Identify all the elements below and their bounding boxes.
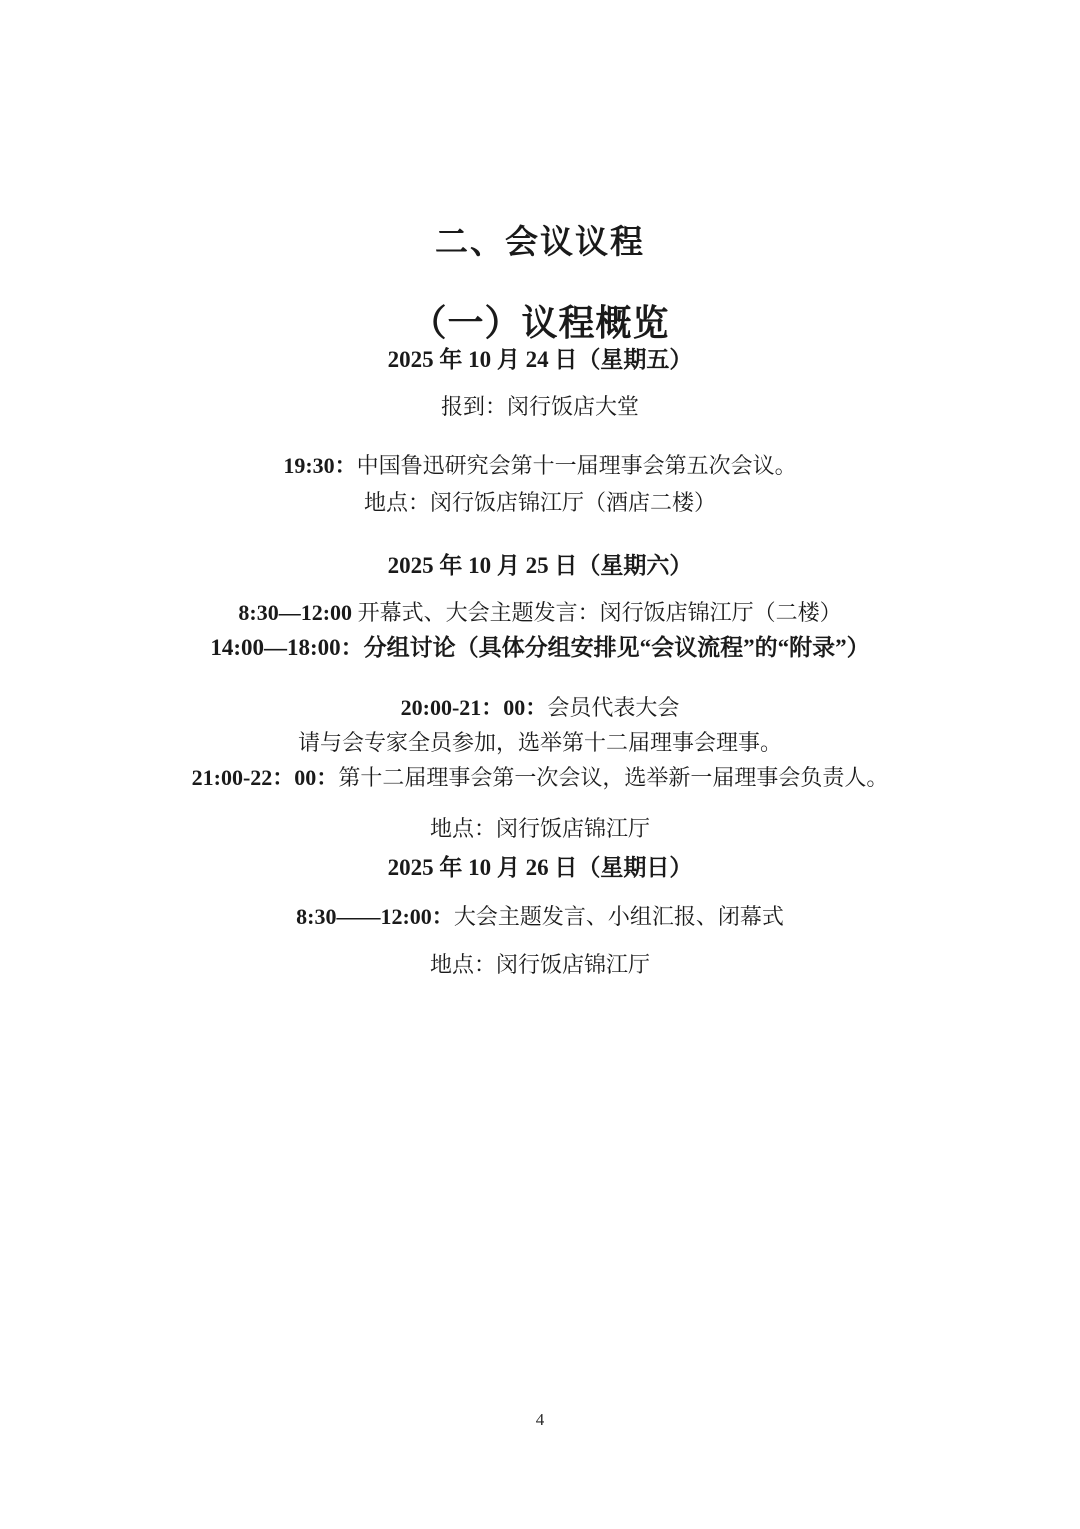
- day2-evening2-line: 21:00-22：00：第十二届理事会第一次会议，选举新一届理事会负责人。: [0, 765, 1080, 791]
- day2-evening1-note: 请与会专家全员参加，选举第十二届理事会理事。: [0, 730, 1080, 756]
- day1-date-heading: 2025 年 10 月 24 日（星期五）: [0, 346, 1080, 373]
- day2-evening1-time: 20:00-21：00：: [401, 695, 548, 720]
- day1-venue-line: 地点：闵行饭店锦江厅（酒店二楼）: [0, 490, 1080, 516]
- document-page: 二、会议议程 （一）议程概览 2025 年 10 月 24 日（星期五） 报到：…: [0, 0, 1080, 1529]
- day2-evening1-text: 会员代表大会: [547, 695, 679, 720]
- day3-venue-line: 地点：闵行饭店锦江厅: [0, 952, 1080, 978]
- day2-evening1-line: 20:00-21：00：会员代表大会: [0, 695, 1080, 721]
- day3-morning-time: 8:30——12:00：: [296, 904, 454, 929]
- day1-meeting-time: 19:30：: [283, 453, 356, 478]
- day3-morning-line: 8:30——12:00：大会主题发言、小组汇报、闭幕式: [0, 904, 1080, 930]
- day2-afternoon-line: 14:00—18:00：分组讨论（具体分组安排见“会议流程”的“附录”）: [0, 634, 1080, 661]
- day2-evening2-time: 21:00-22：00：: [192, 765, 339, 790]
- day3-morning-text: 大会主题发言、小组汇报、闭幕式: [454, 904, 784, 929]
- day2-morning-time: 8:30—12:00: [238, 600, 352, 625]
- day3-date-heading: 2025 年 10 月 26 日（星期日）: [0, 854, 1080, 881]
- day2-morning-line: 8:30—12:00 开幕式、大会主题发言：闵行饭店锦江厅（二楼）: [0, 600, 1080, 626]
- day2-venue-line: 地点：闵行饭店锦江厅: [0, 816, 1080, 842]
- page-number: 4: [0, 1410, 1080, 1430]
- section-subtitle: （一）议程概览: [0, 302, 1080, 344]
- page-title: 二、会议议程: [0, 224, 1080, 263]
- day2-date-heading: 2025 年 10 月 25 日（星期六）: [0, 552, 1080, 579]
- day2-morning-text: 开幕式、大会主题发言：闵行饭店锦江厅（二楼）: [352, 600, 842, 625]
- day1-meeting-line: 19:30：中国鲁迅研究会第十一届理事会第五次会议。: [0, 453, 1080, 479]
- day1-meeting-text: 中国鲁迅研究会第十一届理事会第五次会议。: [357, 453, 797, 478]
- day2-evening2-text: 第十二届理事会第一次会议，选举新一届理事会负责人。: [338, 765, 888, 790]
- day1-checkin-line: 报到：闵行饭店大堂: [0, 394, 1080, 420]
